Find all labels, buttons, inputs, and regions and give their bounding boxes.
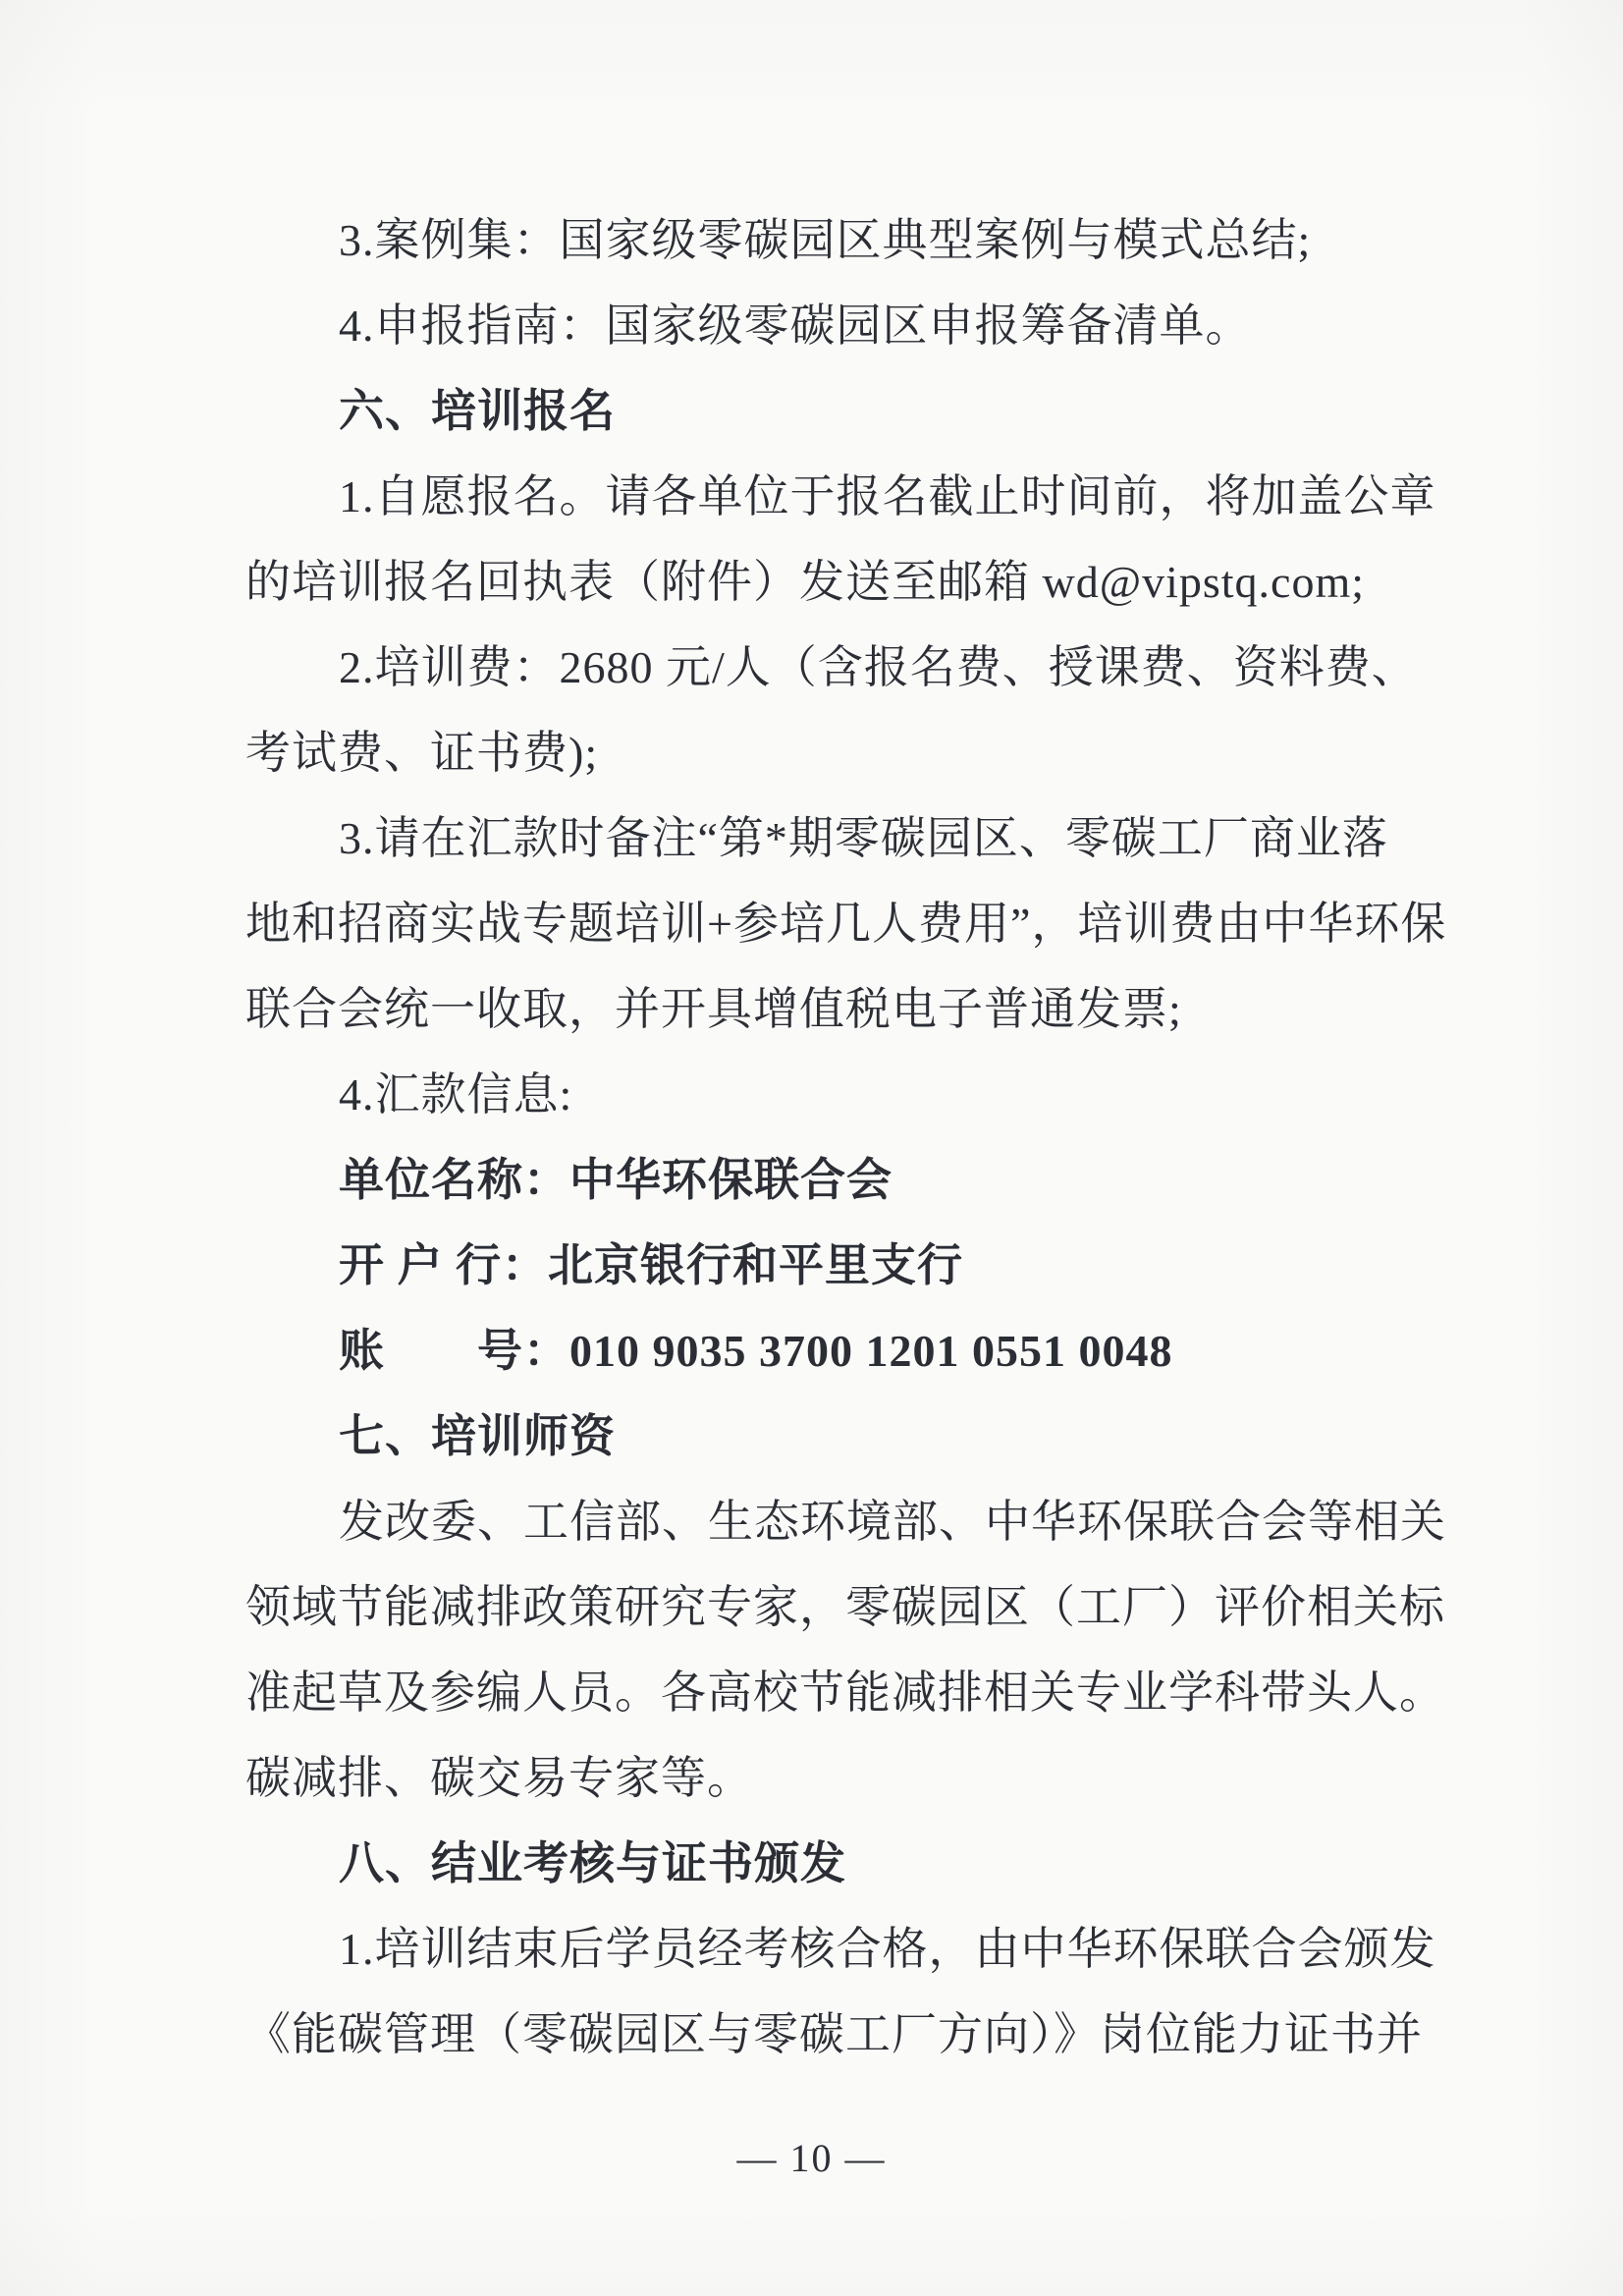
paragraph-line: 1.培训结束后学员经考核合格，由中华环保联合会颁发 — [245, 1906, 1438, 1992]
bank-info-unit-name: 单位名称：中华环保联合会 — [245, 1137, 1438, 1223]
paragraph-line: 4.汇款信息: — [245, 1052, 1438, 1137]
document-page: 3.案例集：国家级零碳园区典型案例与模式总结;4.申报指南：国家级零碳园区申报筹… — [0, 0, 1623, 2296]
list-item-case-collection: 3.案例集：国家级零碳园区典型案例与模式总结; — [245, 197, 1438, 283]
paragraph-line: 联合会统一收取，并开具增值税电子普通发票; — [245, 966, 1438, 1052]
page-number: — 10 — — [0, 2121, 1623, 2196]
paragraph-line: 发改委、工信部、生态环境部、中华环保联合会等相关 — [245, 1479, 1438, 1564]
section-heading-faculty: 七、培训师资 — [245, 1394, 1438, 1479]
paragraph-line: 碳减排、碳交易专家等。 — [245, 1735, 1438, 1821]
section-heading-assessment: 八、结业考核与证书颁发 — [245, 1821, 1438, 1906]
bank-info-account-number: 账 号：010 9035 3700 1201 0551 0048 — [245, 1308, 1438, 1394]
bank-info-bank-branch: 开 户 行：北京银行和平里支行 — [245, 1223, 1438, 1308]
section-heading-registration: 六、培训报名 — [245, 368, 1438, 454]
document-body: 3.案例集：国家级零碳园区典型案例与模式总结;4.申报指南：国家级零碳园区申报筹… — [245, 197, 1438, 2077]
paragraph-line: 考试费、证书费); — [245, 710, 1438, 795]
paragraph-line: 《能碳管理（零碳园区与零碳工厂方向）》岗位能力证书并 — [245, 1992, 1438, 2077]
paragraph-line: 3.请在汇款时备注“第*期零碳园区、零碳工厂商业落 — [245, 795, 1438, 881]
paragraph-line: 的培训报名回执表（附件）发送至邮箱 wd@vipstq.com; — [245, 539, 1438, 625]
paragraph-line: 2.培训费：2680 元/人（含报名费、授课费、资料费、 — [245, 625, 1438, 710]
paragraph-line: 1.自愿报名。请各单位于报名截止时间前，将加盖公章 — [245, 454, 1438, 539]
list-item-application-guide: 4.申报指南：国家级零碳园区申报筹备清单。 — [245, 283, 1438, 368]
paragraph-line: 准起草及参编人员。各高校节能减排相关专业学科带头人。 — [245, 1650, 1438, 1735]
paragraph-line: 领域节能减排政策研究专家，零碳园区（工厂）评价相关标 — [245, 1564, 1438, 1650]
paragraph-line: 地和招商实战专题培训+参培几人费用”，培训费由中华环保 — [245, 881, 1438, 966]
